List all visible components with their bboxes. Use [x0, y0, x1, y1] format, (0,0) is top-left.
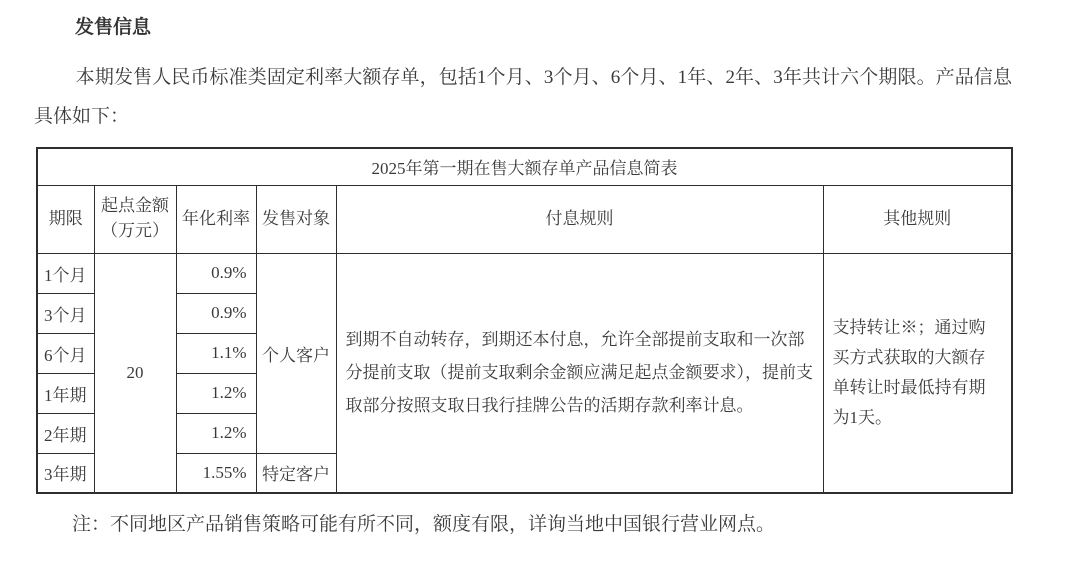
- header-target: 发售对象: [256, 185, 336, 253]
- section-title: 发售信息: [75, 12, 151, 39]
- header-min-amount-line1: 起点金额: [101, 196, 169, 215]
- header-interest-rule: 付息规则: [336, 185, 823, 253]
- term-cell: 3年期: [37, 453, 94, 493]
- intro-paragraph: 本期发售人民币标准类固定利率大额存单，包括1个月、3个月、6个月、1年、2年、3…: [34, 58, 1012, 136]
- interest-rule-cell: 到期不自动转存，到期还本付息，允许全部提前支取和一次部分提前支取（提前支取剩余金…: [336, 253, 823, 493]
- header-min-amount-line2: （万元）: [101, 221, 169, 240]
- target-individual-cell: 个人客户: [256, 253, 336, 453]
- footnote: 注：不同地区产品销售策略可能有所不同，额度有限，详询当地中国银行营业网点。: [72, 510, 1032, 540]
- table-row: 1个月 20 0.9% 个人客户 到期不自动转存，到期还本付息，允许全部提前支取…: [37, 253, 1012, 293]
- term-cell: 2年期: [37, 413, 94, 453]
- rate-cell: 1.2%: [176, 373, 256, 413]
- rate-cell: 1.55%: [176, 453, 256, 493]
- term-cell: 1个月: [37, 253, 94, 293]
- rate-cell: 1.2%: [176, 413, 256, 453]
- term-cell: 6个月: [37, 333, 94, 373]
- term-cell: 1年期: [37, 373, 94, 413]
- rate-cell: 0.9%: [176, 293, 256, 333]
- document-page: 发售信息 本期发售人民币标准类固定利率大额存单，包括1个月、3个月、6个月、1年…: [0, 0, 1080, 564]
- table-title: 2025年第一期在售大额存单产品信息简表: [37, 148, 1012, 185]
- min-amount-cell: 20: [94, 253, 176, 493]
- rate-cell: 1.1%: [176, 333, 256, 373]
- product-info-table: 2025年第一期在售大额存单产品信息简表 期限 起点金额 （万元） 年化利率 发…: [36, 147, 1013, 494]
- header-min-amount: 起点金额 （万元）: [94, 185, 176, 253]
- table-header-row: 期限 起点金额 （万元） 年化利率 发售对象 付息规则 其他规则: [37, 185, 1012, 253]
- term-cell: 3个月: [37, 293, 94, 333]
- target-specific-cell: 特定客户: [256, 453, 336, 493]
- header-term: 期限: [37, 185, 94, 253]
- table-title-row: 2025年第一期在售大额存单产品信息简表: [37, 148, 1012, 185]
- rate-cell: 0.9%: [176, 253, 256, 293]
- other-rule-cell: 支持转让※；通过购买方式获取的大额存单转让时最低持有期为1天。: [823, 253, 1012, 493]
- header-other-rule: 其他规则: [823, 185, 1012, 253]
- header-rate: 年化利率: [176, 185, 256, 253]
